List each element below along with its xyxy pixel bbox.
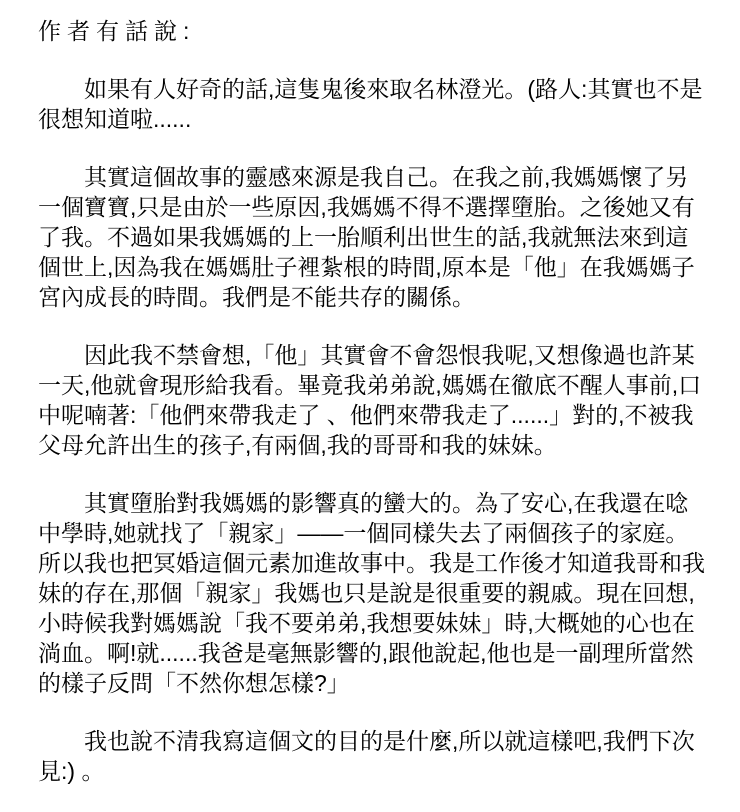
author-note: 作者有話說: 如果有人好奇的話,這隻鬼後來取名林澄光。(路人:其實也不是很想知道… (0, 0, 740, 812)
author-note-paragraph-4: 其實墮胎對我媽媽的影響真的蠻大的。為了安心,在我還在唸中學時,她就找了「親家」—… (38, 488, 710, 698)
page: { "document": { "title": "作者有話說:", "para… (0, 0, 740, 812)
author-note-paragraph-5: 我也說不清我寫這個文的目的是什麼,所以就這樣吧,我們下次見:) 。 (38, 726, 710, 786)
author-note-paragraph-2: 其實這個故事的靈感來源是我自己。在我之前,我媽媽懷了另一個寶寶,只是由於一些原因… (38, 162, 710, 312)
author-note-paragraph-1: 如果有人好奇的話,這隻鬼後來取名林澄光。(路人:其實也不是很想知道啦...... (38, 74, 710, 134)
author-note-title: 作者有話說: (38, 16, 710, 46)
author-note-paragraph-3: 因此我不禁會想,「他」其實會不會怨恨我呢,又想像過也許某一天,他就會現形給我看。… (38, 340, 710, 460)
